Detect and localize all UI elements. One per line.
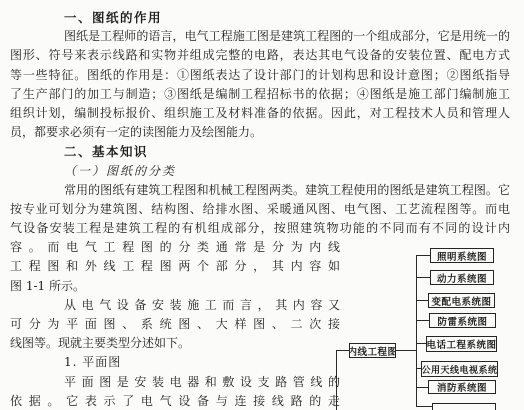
- paragraph-line: 气设备安装工程是建筑工程的有机组成部分，按照建筑物功能的不同而有不同的设计内: [10, 219, 510, 238]
- section-heading-1: 一、图纸的作用: [10, 8, 510, 27]
- tree-parent-elbow-line: [336, 350, 337, 410]
- scanned-book-page: 一、图纸的作用 图纸是工程师的语言，电气工程施工图是建筑工程图的一个组成部分，它…: [0, 0, 524, 410]
- paragraph-line: 容。而电气工程图的分类通常是分为内线: [10, 238, 340, 257]
- numbered-heading: 1. 平面图: [10, 353, 340, 372]
- section-heading-2: 二、基本知识: [10, 142, 510, 161]
- tree-root-box: 内线工程图: [349, 343, 396, 358]
- subsection-heading: （一）图纸的分类: [10, 162, 510, 181]
- figure-reference: 图 1-1 所示。: [10, 277, 340, 296]
- tree-stub-line: [416, 300, 428, 301]
- tree-child-box: 消防系统图: [428, 380, 496, 394]
- tree-stub-line: [416, 406, 432, 407]
- tree-parent-elbow-line: [336, 350, 349, 351]
- tree-root-connector-line: [396, 350, 416, 351]
- paragraph-line: 图纸是工程师的语言，电气工程施工图是建筑工程图的一个组成部分，它是用统一的: [10, 27, 510, 46]
- tree-child-box: 防雷系统图: [429, 313, 496, 328]
- paragraph-line: 员，都要求必须有一定的读图能力及绘图能力。: [10, 123, 510, 142]
- tree-stub-line: [416, 277, 430, 278]
- tree-stub-line: [416, 255, 430, 256]
- tree-child-box: 电话工程系统图: [426, 336, 497, 352]
- paragraph-line: 依据。它表示了电气设备与连接线路的走: [10, 392, 340, 410]
- figure-1-1-tree-diagram: 内线工程图 照明系统图 动力系统图 变配电系统图 防雷系统图 电话工程系统图 公…: [336, 246, 524, 410]
- paragraph-line: 了生产部门的加工与制造；③图纸是编制工程招标书的依据；④图纸是施工部门编制施工: [10, 85, 510, 104]
- tree-stub-line: [416, 320, 429, 321]
- paragraph-line: 等一些特征。图纸的作用是：①图纸表达了设计部门的计划构思和设计意图；②图纸指导: [10, 66, 510, 85]
- tree-stub-line: [416, 387, 428, 388]
- tree-child-box: 动力系统图: [430, 270, 494, 285]
- paragraph-line: 按专业可划分为建筑图、结构图、给排水图、采暖通风图、电气图、工艺流程图等。而电: [10, 200, 510, 219]
- tree-child-box: 照明系统图: [430, 248, 494, 263]
- tree-child-box-clipped: [432, 403, 496, 410]
- paragraph-line: 可分为平面图、系统图、大样图、二次接: [10, 315, 340, 334]
- paragraph-line: 平面图是安装电器和敷设支路管线的: [10, 373, 340, 392]
- tree-child-box: 变配电系统图: [428, 293, 495, 308]
- tree-child-box: 公用天线电视系统: [421, 361, 498, 377]
- paragraph-line: 工程图和外线工程图两个部分，其内容如: [10, 257, 340, 276]
- paragraph-line: 图形、符号来表示线路和实物并组成完整的电路，表达其电气设备的安装位置、配电方式: [10, 46, 510, 65]
- tree-stub-line: [416, 343, 426, 344]
- paragraph-line: 组织计划，编制投标报价、组织施工及材料准备的依据。因此，对工程技术人员和管理人: [10, 104, 510, 123]
- paragraph-line: 从电气设备安装施工而言，其内容又: [10, 296, 340, 315]
- paragraph-line: 线图等。现就主要类型分述如下。: [10, 334, 340, 353]
- paragraph-line: 常用的图纸有建筑工程图和机械工程图两类。建筑工程使用的图纸是建筑工程图。它: [10, 181, 510, 200]
